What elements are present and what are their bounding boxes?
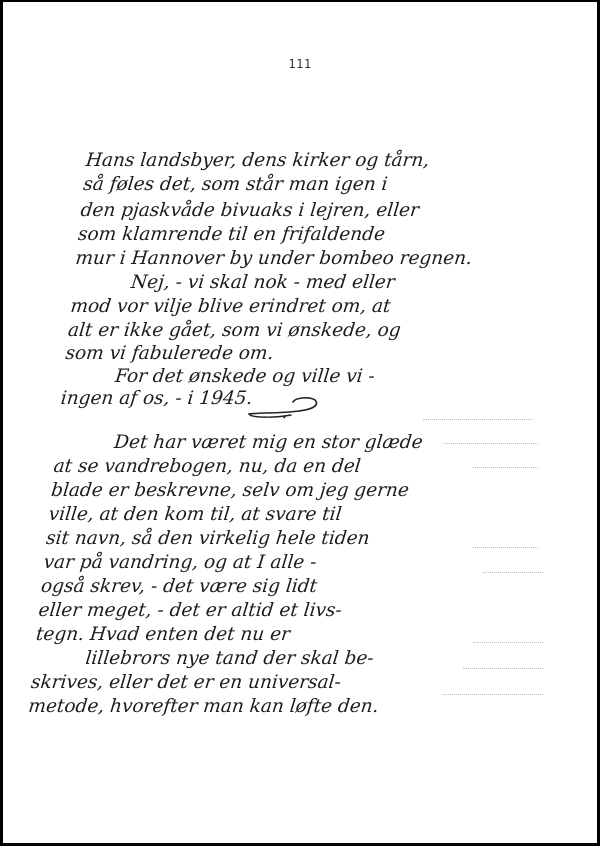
page-number: 111 xyxy=(3,57,597,71)
text-line: var på vandring, og at I alle - xyxy=(43,552,318,573)
text-line: eller meget, - det er altid et livs- xyxy=(37,600,342,621)
text-line: metode, hvorefter man kan løfte den. xyxy=(27,696,379,717)
ruled-line xyxy=(443,694,543,695)
text-line: sit navn, så den virkelig hele tiden xyxy=(45,528,371,549)
text-line: Nej, - vi skal nok - med eller xyxy=(72,272,396,293)
text-line: skrives, eller det er en universal- xyxy=(30,672,342,693)
document-page: 111 Hans landsbyer, dens kirker og tårn,… xyxy=(0,0,600,846)
ruled-line xyxy=(443,443,538,444)
text-line: Hans landsbyer, dens kirker og tårn, xyxy=(85,150,431,171)
text-line: ingen af os, - i 1945. xyxy=(60,388,254,409)
text-line: mod vor vilje blive erindret om, at xyxy=(69,296,391,317)
ruled-line xyxy=(473,642,543,643)
flourish-mark xyxy=(245,394,341,420)
text-line: så føles det, som står man igen i xyxy=(82,174,388,195)
text-line: som vi fabulerede om. xyxy=(65,343,275,364)
text-line: den pjaskvåde bivuaks i lejren, eller xyxy=(80,200,420,221)
text-line: alt er ikke gået, som vi ønskede, og xyxy=(67,320,402,341)
ruled-line xyxy=(463,668,543,669)
text-line: lillebrors nye tand der skal be- xyxy=(32,648,374,669)
text-line: ville, at den kom til, at svare til xyxy=(48,504,343,525)
text-line: blade er beskrevne, selv om jeg gerne xyxy=(50,480,410,501)
text-line: For det ønskede og ville vi - xyxy=(62,366,376,387)
text-line: at se vandrebogen, nu, da en del xyxy=(53,456,362,477)
ruled-line xyxy=(473,547,538,548)
ruled-line xyxy=(473,467,538,468)
ruled-line xyxy=(483,572,543,573)
text-line: mur i Hannover by under bombeo regnen. xyxy=(74,248,473,269)
ruled-line xyxy=(423,419,533,420)
text-line: som klamrende til en frifaldende xyxy=(77,224,386,245)
text-line: Det har været mig en stor glæde xyxy=(55,432,424,453)
text-line: også skrev, - det være sig lidt xyxy=(40,576,318,597)
text-line: tegn. Hvad enten det nu er xyxy=(35,624,291,645)
